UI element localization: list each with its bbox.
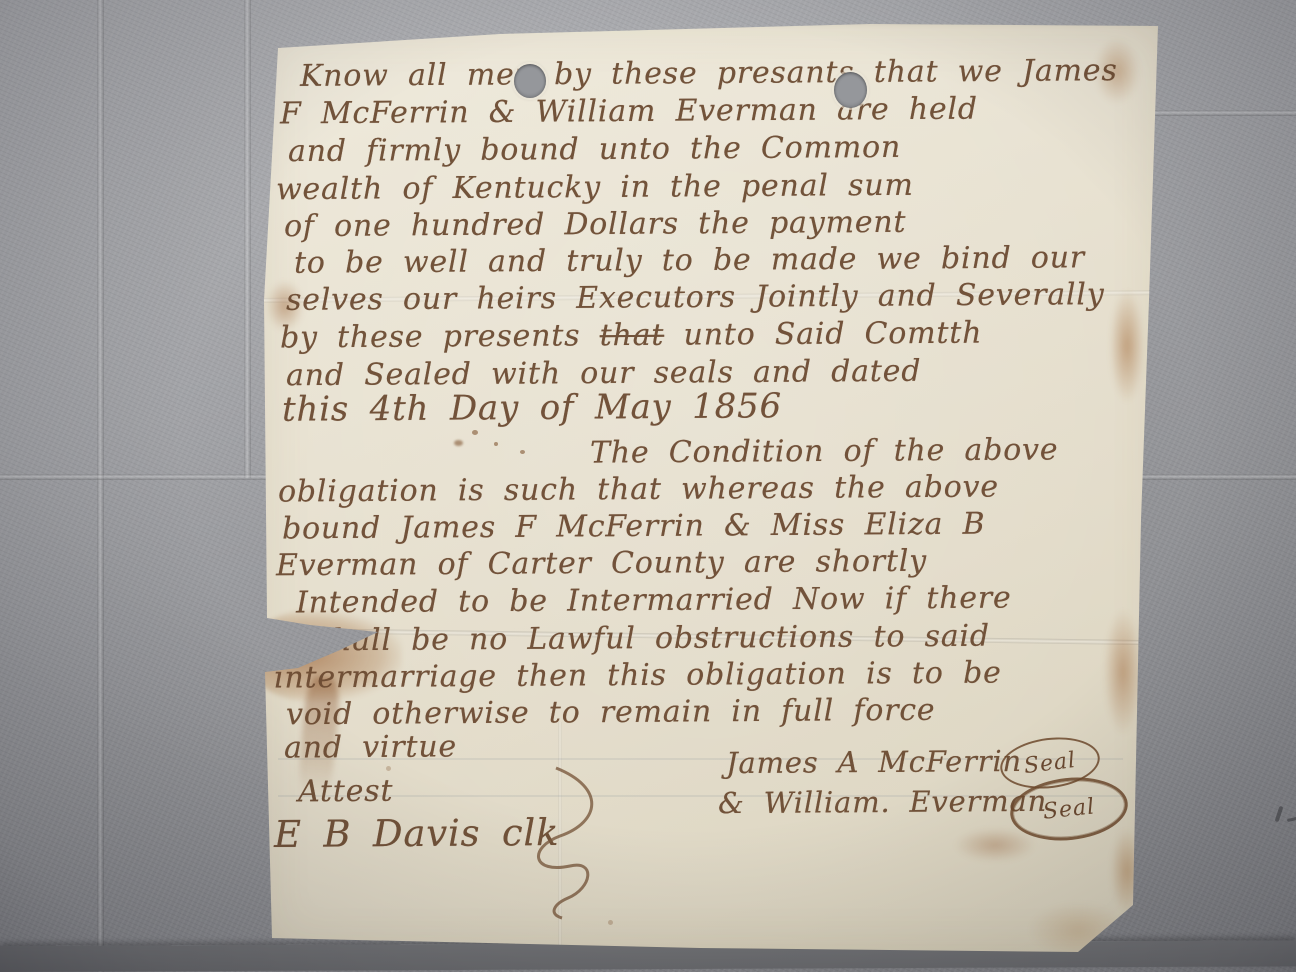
rust-stain xyxy=(1104,610,1142,734)
handwritten-line: of one hundred Dollars the payment xyxy=(284,205,907,245)
handwritten-line: The Condition of the above xyxy=(590,432,1059,471)
struck-word: that xyxy=(600,318,665,353)
surface-scratch xyxy=(1287,817,1296,822)
line-segment: by these presents xyxy=(280,318,600,355)
signature-william-everman: & William. Everman xyxy=(718,783,1047,821)
handwritten-line: to be well and truly to be made we bind … xyxy=(294,240,1085,282)
handwritten-line: selves our heirs Executors Jointly and S… xyxy=(286,277,1105,319)
handwritten-line: intermarriage then this obligation is to… xyxy=(274,655,1002,696)
handwritten-line: Intended to be Intermarried Now if there xyxy=(296,581,1012,622)
photo-of-document: Know all men by these presants that we J… xyxy=(0,0,1296,972)
handwritten-line: obligation is such that whereas the abov… xyxy=(278,469,999,510)
handwritten-line: shall be no Lawful obstructions to said xyxy=(316,619,990,660)
handwritten-line: void otherwise to remain in full force xyxy=(286,693,936,734)
ink-smudge xyxy=(954,828,1036,862)
rust-stain xyxy=(1110,828,1144,914)
ink-spatter xyxy=(494,442,498,446)
handwritten-line: Know all men by these presants that we J… xyxy=(300,53,1118,95)
marriage-bond-document: Know all men by these presants that we J… xyxy=(258,22,1164,958)
clerk-signature: E B Davis clk xyxy=(274,815,560,853)
punch-hole xyxy=(514,64,546,98)
handwritten-date-line: this 4th Day of May 1856 xyxy=(282,388,782,427)
handwritten-line: Everman of Carter County are shortly xyxy=(276,544,927,585)
signature-james-mcferrin: James A McFerrin xyxy=(726,743,1022,781)
seal-label: Seal xyxy=(1023,747,1078,778)
handwritten-line: wealth of Kentucky in the penal sum xyxy=(276,168,914,208)
handwritten-line: bound James F McFerrin & Miss Eliza B xyxy=(282,507,986,548)
line-segment: unto Said Comtth xyxy=(664,316,982,353)
surface-seam xyxy=(244,0,251,478)
surface-scratch xyxy=(1275,806,1284,822)
handwritten-line: and virtue xyxy=(284,729,457,766)
seal-label: Seal xyxy=(1042,794,1097,824)
handwritten-line: and firmly bound unto the Common xyxy=(288,130,901,170)
rust-stain xyxy=(1110,290,1144,402)
ink-spatter xyxy=(520,450,525,454)
ink-spatter xyxy=(472,430,478,435)
attest-label: Attest xyxy=(298,774,394,811)
ink-spatter xyxy=(608,920,613,925)
ink-spatter xyxy=(454,440,463,446)
handwritten-line: F McFerrin & William Everman are held xyxy=(280,92,978,133)
surface-seam xyxy=(97,0,104,972)
punch-hole xyxy=(834,72,867,108)
handwritten-line: by these presents that unto Said Comtth xyxy=(280,316,983,357)
ink-spatter xyxy=(386,766,391,771)
